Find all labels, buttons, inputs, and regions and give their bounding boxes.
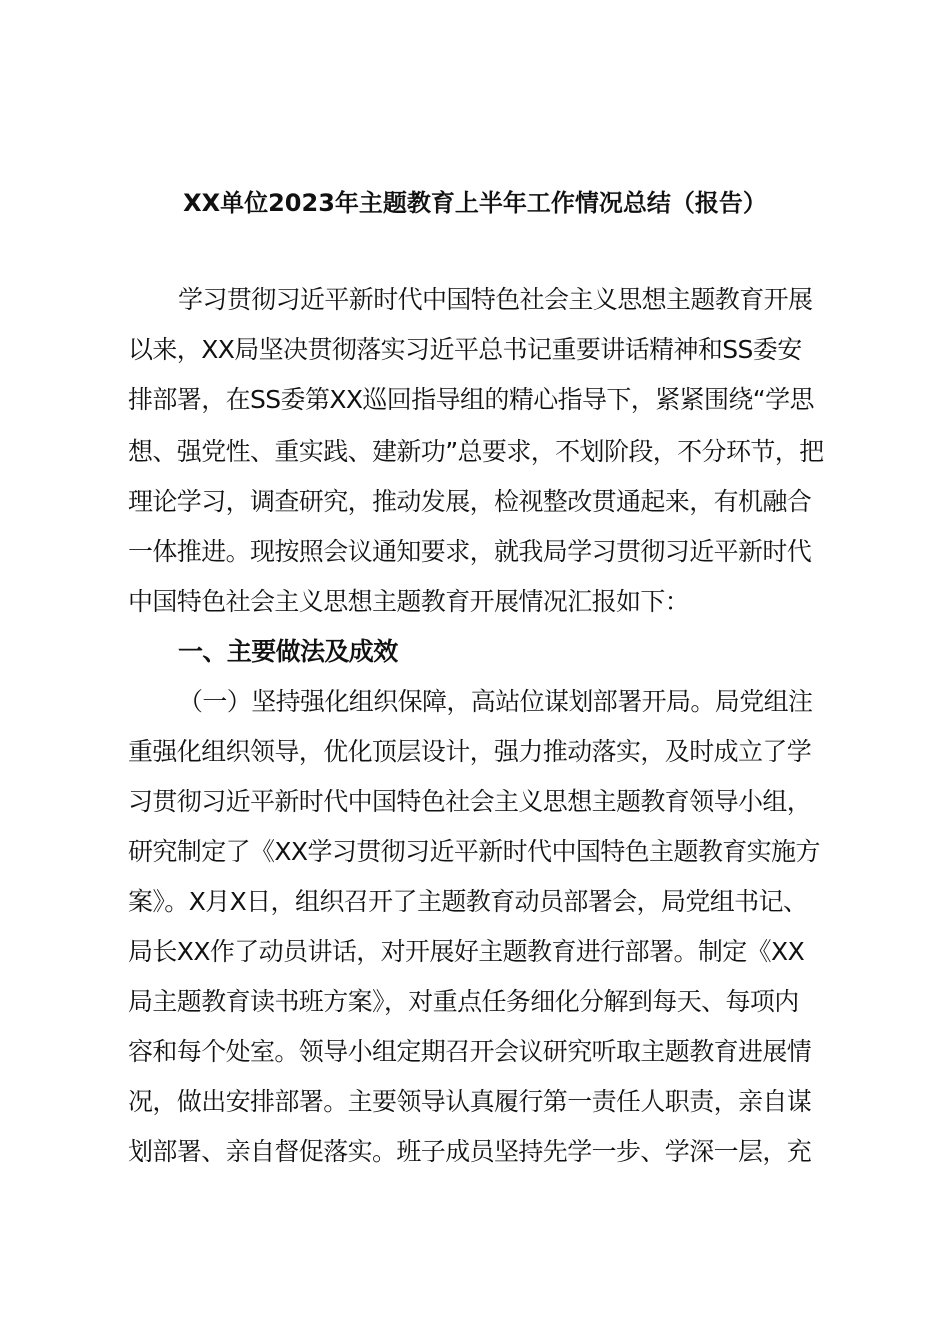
document-page: XX单位2023年主题教育上半年工作情况总结（报告） 学习贯彻习近平新时代中国特… [0, 0, 950, 1344]
paragraph-line: 重强化组织领导，优化顶层设计，强力推动落实，及时成立了学 [128, 732, 848, 772]
paragraph-line: 案》。X月X日，组织召开了主题教育动员部署会，局党组书记、 [128, 882, 848, 922]
paragraph-line: 局主题教育读书班方案》，对重点任务细化分解到每天、每项内 [128, 982, 848, 1022]
paragraph-line: 中国特色社会主义思想主题教育开展情况汇报如下： [128, 582, 848, 622]
paragraph-line: 想、强党性、重实践、建新功”总要求，不划阶段，不分环节，把 [128, 432, 848, 472]
paragraph-line: 一体推进。现按照会议通知要求，就我局学习贯彻习近平新时代 [128, 532, 848, 572]
paragraph-line: （一）坚持强化组织保障，高站位谋划部署开局。局党组注 [178, 682, 898, 722]
paragraph-line: 研究制定了《XX学习贯彻习近平新时代中国特色主题教育实施方 [128, 832, 848, 872]
paragraph-line: 况，做出安排部署。主要领导认真履行第一责任人职责，亲自谋 [128, 1082, 848, 1122]
paragraph-line: 理论学习，调查研究，推动发展，检视整改贯通起来，有机融合 [128, 482, 848, 522]
paragraph-line: 局长XX作了动员讲话，对开展好主题教育进行部署。制定《XX [128, 932, 848, 972]
paragraph-line: 以来，XX局坚决贯彻落实习近平总书记重要讲话精神和SS委安 [128, 330, 848, 370]
document-title: XX单位2023年主题教育上半年工作情况总结（报告） [0, 183, 950, 223]
section-heading: 一、主要做法及成效 [178, 632, 898, 672]
paragraph-line: 划部署、亲自督促落实。班子成员坚持先学一步、学深一层，充 [128, 1132, 848, 1172]
paragraph-line: 容和每个处室。领导小组定期召开会议研究听取主题教育进展情 [128, 1032, 848, 1072]
paragraph-line: 学习贯彻习近平新时代中国特色社会主义思想主题教育开展 [178, 280, 898, 320]
paragraph-line: 排部署，在SS委第XX巡回指导组的精心指导下，紧紧围绕“学思 [128, 380, 848, 420]
paragraph-line: 习贯彻习近平新时代中国特色社会主义思想主题教育领导小组， [128, 782, 848, 822]
